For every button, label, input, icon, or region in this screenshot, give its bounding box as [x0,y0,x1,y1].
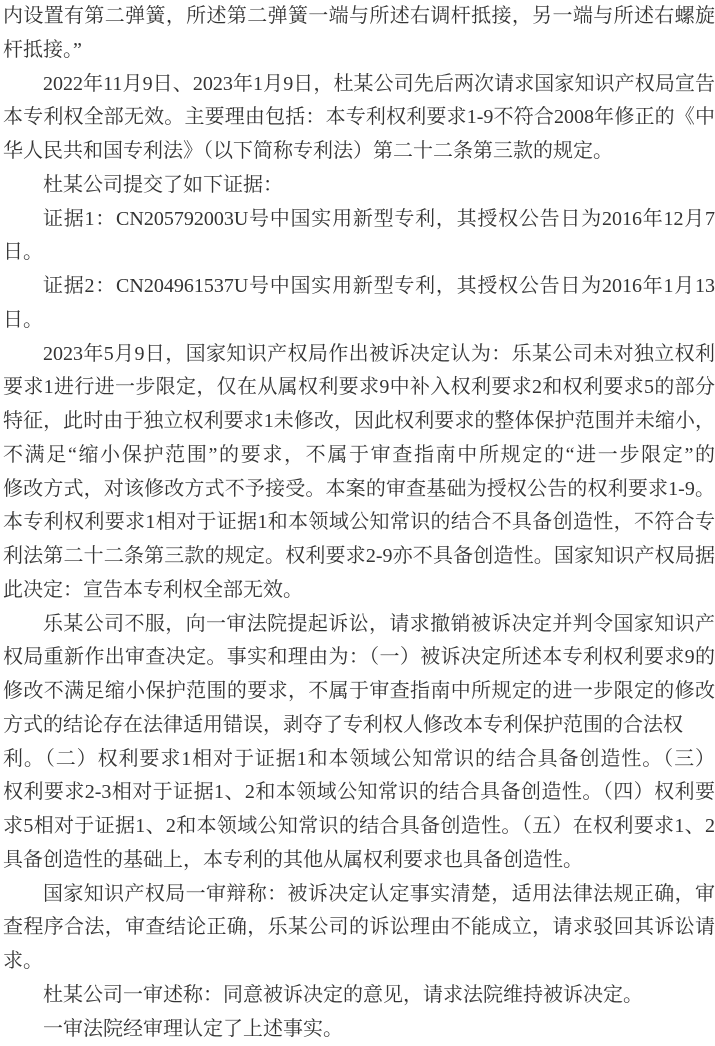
text-line: 要求1进行进一步限定，仅在从属权利要求9中补入权利要求2和权利要求5的部分 [3,371,715,405]
text-line: 本专利权利要求1相对于证据1和本领域公知常识的结合不具备创造性，不符合专 [3,506,715,540]
text-line: 不满足“缩小保护范围”的要求，不属于审查指南中所规定的“进一步限定”的 [3,439,715,473]
text-line: 权利要求2-3相对于证据1、2和本领域公知常识的结合具备创造性。（四）权利要 [3,776,715,810]
paragraph: 杜某公司一审述称：同意被诉决定的意见，请求法院维持被诉决定。 [3,979,715,1013]
text-line: 求5相对于证据1、2和本领域公知常识的结合具备创造性。（五）在权利要求1、2 [3,810,715,844]
text-line: 利法第二十二条第三款的规定。权利要求2-9亦不具备创造性。国家知识产权局据 [3,540,715,574]
text-line: 修改不满足缩小保护范围的要求，不属于审查指南中所规定的进一步限定的修改 [3,675,715,709]
text-line: 华人民共和国专利法》（以下简称专利法）第二十二条第三款的规定。 [3,135,715,169]
text-line: 证据2：CN204961537U号中国实用新型专利，其授权公告日为2016年1月… [3,270,715,304]
paragraph: 乐某公司不服，向一审法院提起诉讼，请求撤销被诉决定并判令国家知识产权局重新作出审… [3,608,715,878]
text-line: 查程序合法，审查结论正确，乐某公司的诉讼理由不能成立，请求驳回其诉讼请 [3,911,715,945]
paragraph: 2022年11月9日、2023年1月9日，杜某公司先后两次请求国家知识产权局宣告… [3,68,715,169]
paragraph: 国家知识产权局一审辩称：被诉决定认定事实清楚，适用法律法规正确，审查程序合法，审… [3,878,715,979]
text-line: 2022年11月9日、2023年1月9日，杜某公司先后两次请求国家知识产权局宣告 [3,68,715,102]
text-line: 修改方式，对该修改方式不予接受。本案的审查基础为授权公告的权利要求1-9。 [3,473,715,507]
text-line: 利。（二）权利要求1相对于证据1和本领域公知常识的结合具备创造性。（三） [3,743,715,777]
paragraph: 内设置有第二弹簧，所述第二弹簧一端与所述右调杆抵接，另一端与所述右螺旋杆抵接。” [3,0,715,68]
text-line: 具备创造性的基础上，本专利的其他从属权利要求也具备创造性。 [3,844,715,878]
text-line: 内设置有第二弹簧，所述第二弹簧一端与所述右调杆抵接，另一端与所述右螺旋 [3,0,715,34]
text-line: 本专利权全部无效。主要理由包括：本专利权利要求1-9不符合2008年修正的《中 [3,101,715,135]
text-line: 杜某公司提交了如下证据： [3,169,715,203]
text-line: 国家知识产权局一审辩称：被诉决定认定事实清楚，适用法律法规正确，审 [3,878,715,912]
text-line: 日。 [3,304,715,338]
paragraph: 证据2：CN204961537U号中国实用新型专利，其授权公告日为2016年1月… [3,270,715,338]
text-line: 杜某公司一审述称：同意被诉决定的意见，请求法院维持被诉决定。 [3,979,715,1013]
document-page: 内设置有第二弹簧，所述第二弹簧一端与所述右调杆抵接，另一端与所述右螺旋杆抵接。”… [0,0,715,1046]
text-line: 证据1：CN205792003U号中国实用新型专利，其授权公告日为2016年12… [3,203,715,237]
text-line: 方式的结论存在法律适用错误，剥夺了专利权人修改本专利保护范围的合法权 [3,709,715,743]
paragraph: 2023年5月9日，国家知识产权局作出被诉决定认为：乐某公司未对独立权利要求1进… [3,338,715,608]
paragraph: 证据1：CN205792003U号中国实用新型专利，其授权公告日为2016年12… [3,203,715,271]
text-line: 乐某公司不服，向一审法院提起诉讼，请求撤销被诉决定并判令国家知识产 [3,608,715,642]
paragraph: 杜某公司提交了如下证据： [3,169,715,203]
text-line: 求。 [3,945,715,979]
text-line: 日。 [3,236,715,270]
text-line: 此决定：宣告本专利权全部无效。 [3,574,715,608]
paragraph: 一审法院经审理认定了上述事实。 [3,1013,715,1046]
text-line: 权局重新作出审查决定。事实和理由为：（一）被诉决定所述本专利权利要求9的 [3,641,715,675]
text-line: 特征，此时由于独立权利要求1未修改，因此权利要求的整体保护范围并未缩小， [3,405,715,439]
text-line: 一审法院经审理认定了上述事实。 [3,1013,715,1046]
text-line: 杆抵接。” [3,34,715,68]
text-line: 2023年5月9日，国家知识产权局作出被诉决定认为：乐某公司未对独立权利 [3,338,715,372]
